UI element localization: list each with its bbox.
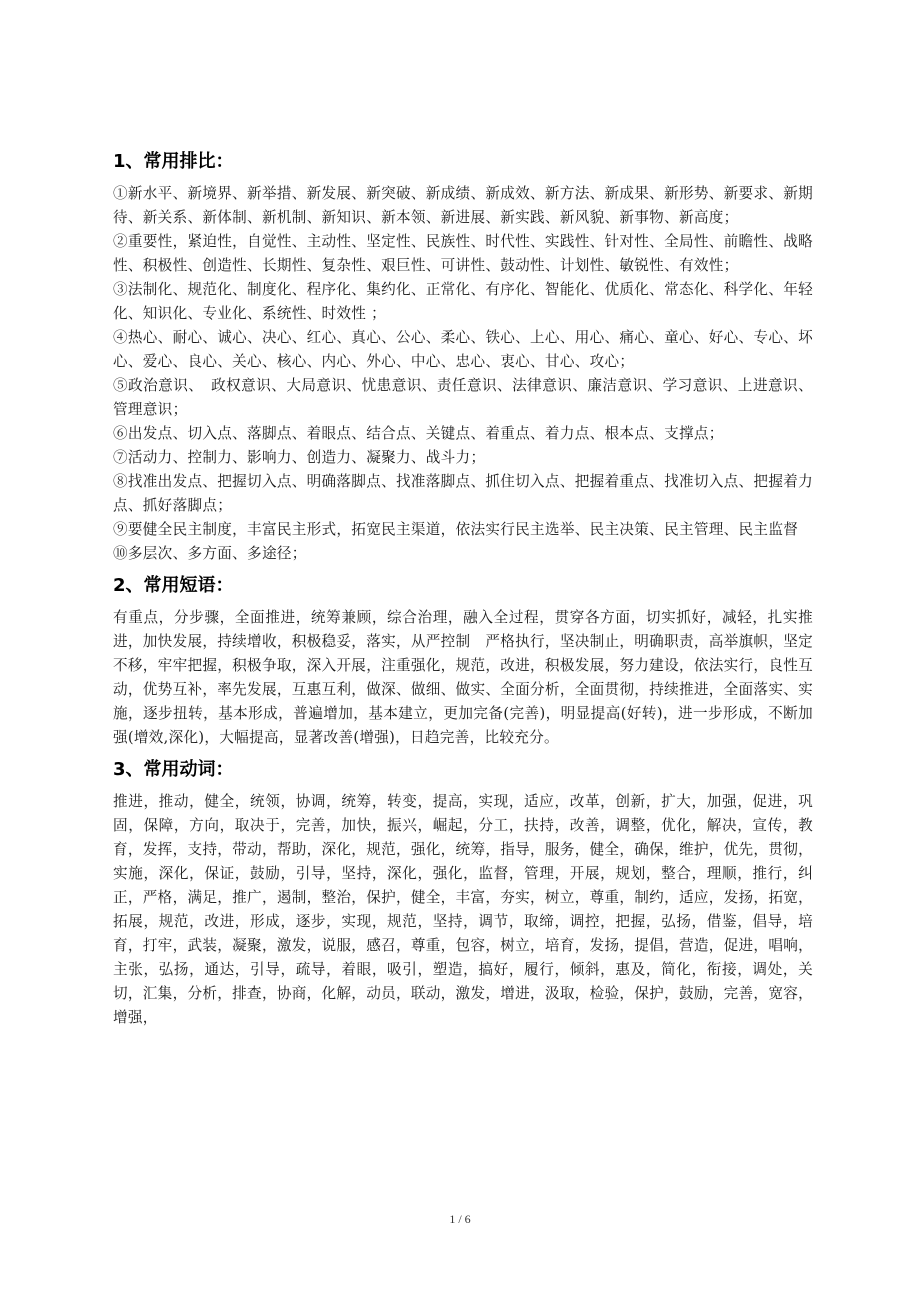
section-phrases: 2、常用短语： 有重点，分步骤，全面推进，统筹兼顾，综合治理，融入全过程，贯穿各…	[113, 572, 813, 750]
list-item: ⑤政治意识、 政权意识、大局意识、忧患意识、责任意识、法律意识、廉洁意识、学习意…	[113, 374, 813, 422]
list-item: ⑧找准出发点、把握切入点、明确落脚点、找准落脚点、抓住切入点、把握着重点、找准切…	[113, 470, 813, 518]
section-heading: 2、常用短语：	[113, 572, 813, 600]
section-heading: 1、常用排比：	[113, 148, 813, 176]
section-heading: 3、常用动词：	[113, 756, 813, 784]
list-item: ⑨要健全民主制度，丰富民主形式，拓宽民主渠道，依法实行民主选举、民主决策、民主管…	[113, 518, 813, 542]
list-item: ②重要性，紧迫性，自觉性、主动性、坚定性、民族性、时代性、实践性、针对性、全局性…	[113, 230, 813, 278]
paragraph: 推进，推动，健全，统领，协调，统筹，转变，提高，实现，适应，改革，创新，扩大，加…	[113, 790, 813, 1030]
list-item: ⑥出发点、切入点、落脚点、着眼点、结合点、关键点、着重点、着力点、根本点、支撑点…	[113, 422, 813, 446]
list-item: ③法制化、规范化、制度化、程序化、集约化、正常化、有序化、智能化、优质化、常态化…	[113, 278, 813, 326]
section-parallelism: 1、常用排比： ①新水平、新境界、新举措、新发展、新突破、新成绩、新成效、新方法…	[113, 148, 813, 566]
list-item: ④热心、耐心、诚心、决心、红心、真心、公心、柔心、铁心、上心、用心、痛心、童心、…	[113, 326, 813, 374]
list-item: ①新水平、新境界、新举措、新发展、新突破、新成绩、新成效、新方法、新成果、新形势…	[113, 182, 813, 230]
list-item: ⑦活动力、控制力、影响力、创造力、凝聚力、战斗力；	[113, 446, 813, 470]
page-number: 1 / 6	[0, 1212, 920, 1227]
section-verbs: 3、常用动词： 推进，推动，健全，统领，协调，统筹，转变，提高，实现，适应，改革…	[113, 756, 813, 1030]
list-item: ⑩多层次、多方面、多途径；	[113, 542, 813, 566]
document-page: 1、常用排比： ①新水平、新境界、新举措、新发展、新突破、新成绩、新成效、新方法…	[113, 148, 813, 1036]
paragraph: 有重点，分步骤，全面推进，统筹兼顾，综合治理，融入全过程，贯穿各方面，切实抓好，…	[113, 606, 813, 750]
